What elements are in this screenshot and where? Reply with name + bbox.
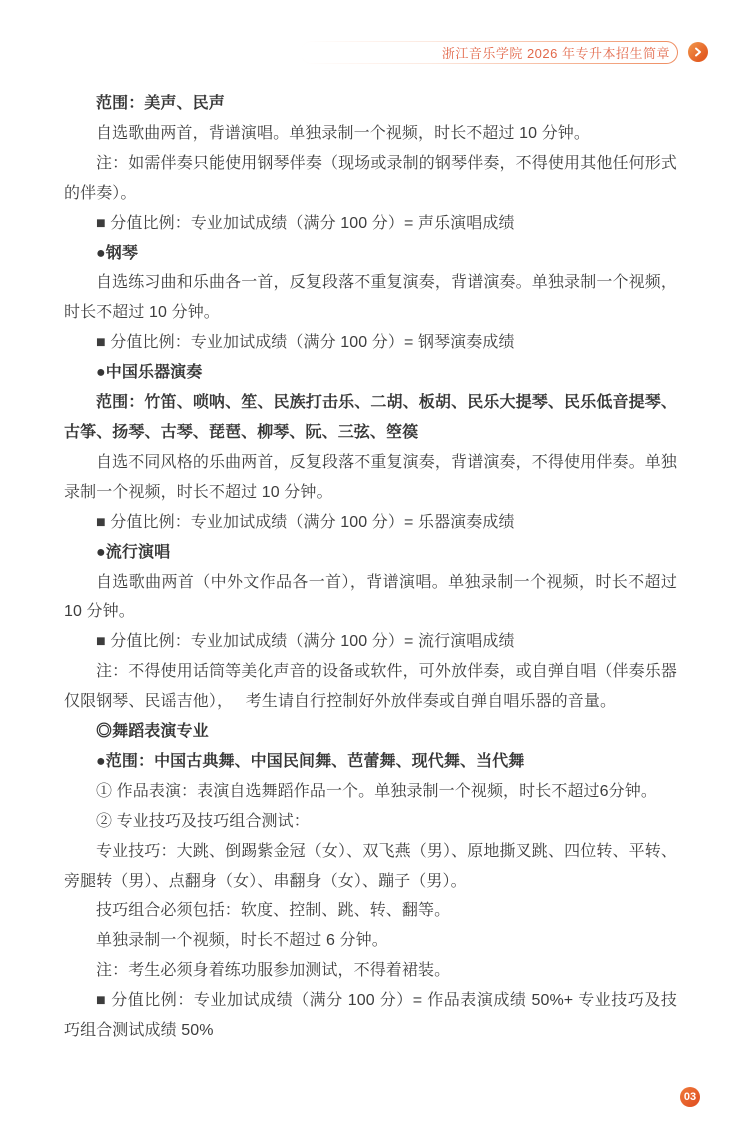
paragraph: ●范围：中国古典舞、中国民间舞、芭蕾舞、现代舞、当代舞 [64,747,677,777]
page-number-badge: 03 [680,1087,700,1107]
paragraph: 范围：竹笛、唢呐、笙、民族打击乐、二胡、板胡、民乐大提琴、民乐低音提琴、古筝、扬… [64,388,677,448]
paragraph: ■ 分值比例：专业加试成绩（满分 100 分）= 声乐演唱成绩 [64,209,677,239]
paragraph: ●钢琴 [64,239,677,269]
paragraph: 自选练习曲和乐曲各一首，反复段落不重复演奏，背谱演奏。单独录制一个视频，时长不超… [64,268,677,328]
paragraph: 单独录制一个视频，时长不超过 6 分钟。 [64,926,677,956]
paragraph: ●流行演唱 [64,538,677,568]
paragraph: 注：不得使用话筒等美化声音的设备或软件，可外放伴奏，或自弹自唱（伴奏乐器仅限钢琴… [64,657,677,717]
paragraph: 自选歌曲两首（中外文作品各一首），背谱演唱。单独录制一个视频，时长不超过 10 … [64,568,677,628]
chevron-right-icon [688,42,708,62]
paragraph: ■ 分值比例：专业加试成绩（满分 100 分）= 作品表演成绩 50%+ 专业技… [64,986,677,1046]
paragraph: ■ 分值比例：专业加试成绩（满分 100 分）= 乐器演奏成绩 [64,508,677,538]
paragraph: 专业技巧：大跳、倒踢紫金冠（女）、双飞燕（男）、原地撕叉跳、四位转、平转、旁腿转… [64,837,677,897]
paragraph: 自选不同风格的乐曲两首，反复段落不重复演奏，背谱演奏，不得使用伴奏。单独录制一个… [64,448,677,508]
paragraph: ◎舞蹈表演专业 [64,717,677,747]
document-page: 浙江音乐学院 2026 年专升本招生简章 范围：美声、民声自选歌曲两首，背谱演唱… [0,0,737,1134]
paragraph: 自选歌曲两首，背谱演唱。单独录制一个视频，时长不超过 10 分钟。 [64,119,677,149]
paragraph: 注：如需伴奏只能使用钢琴伴奏（现场或录制的钢琴伴奏，不得使用其他任何形式的伴奏）… [64,149,677,209]
paragraph: ① 作品表演：表演自选舞蹈作品一个。单独录制一个视频，时长不超过6分钟。 [64,777,677,807]
paragraph: 注：考生必须身着练功服参加测试，不得着裙装。 [64,956,677,986]
paragraph: ■ 分值比例：专业加试成绩（满分 100 分）= 钢琴演奏成绩 [64,328,677,358]
document-body: 范围：美声、民声自选歌曲两首，背谱演唱。单独录制一个视频，时长不超过 10 分钟… [64,89,677,1046]
page-title: 浙江音乐学院 2026 年专升本招生简章 [442,43,670,62]
paragraph: ■ 分值比例：专业加试成绩（满分 100 分）= 流行演唱成绩 [64,627,677,657]
header-banner-inner: 浙江音乐学院 2026 年专升本招生简章 [301,42,677,63]
paragraph: 技巧组合必须包括：软度、控制、跳、转、翻等。 [64,896,677,926]
paragraph: 范围：美声、民声 [64,89,677,119]
header-banner: 浙江音乐学院 2026 年专升本招生简章 [300,41,678,64]
paragraph: ●中国乐器演奏 [64,358,677,388]
paragraph: ② 专业技巧及技巧组合测试： [64,807,677,837]
